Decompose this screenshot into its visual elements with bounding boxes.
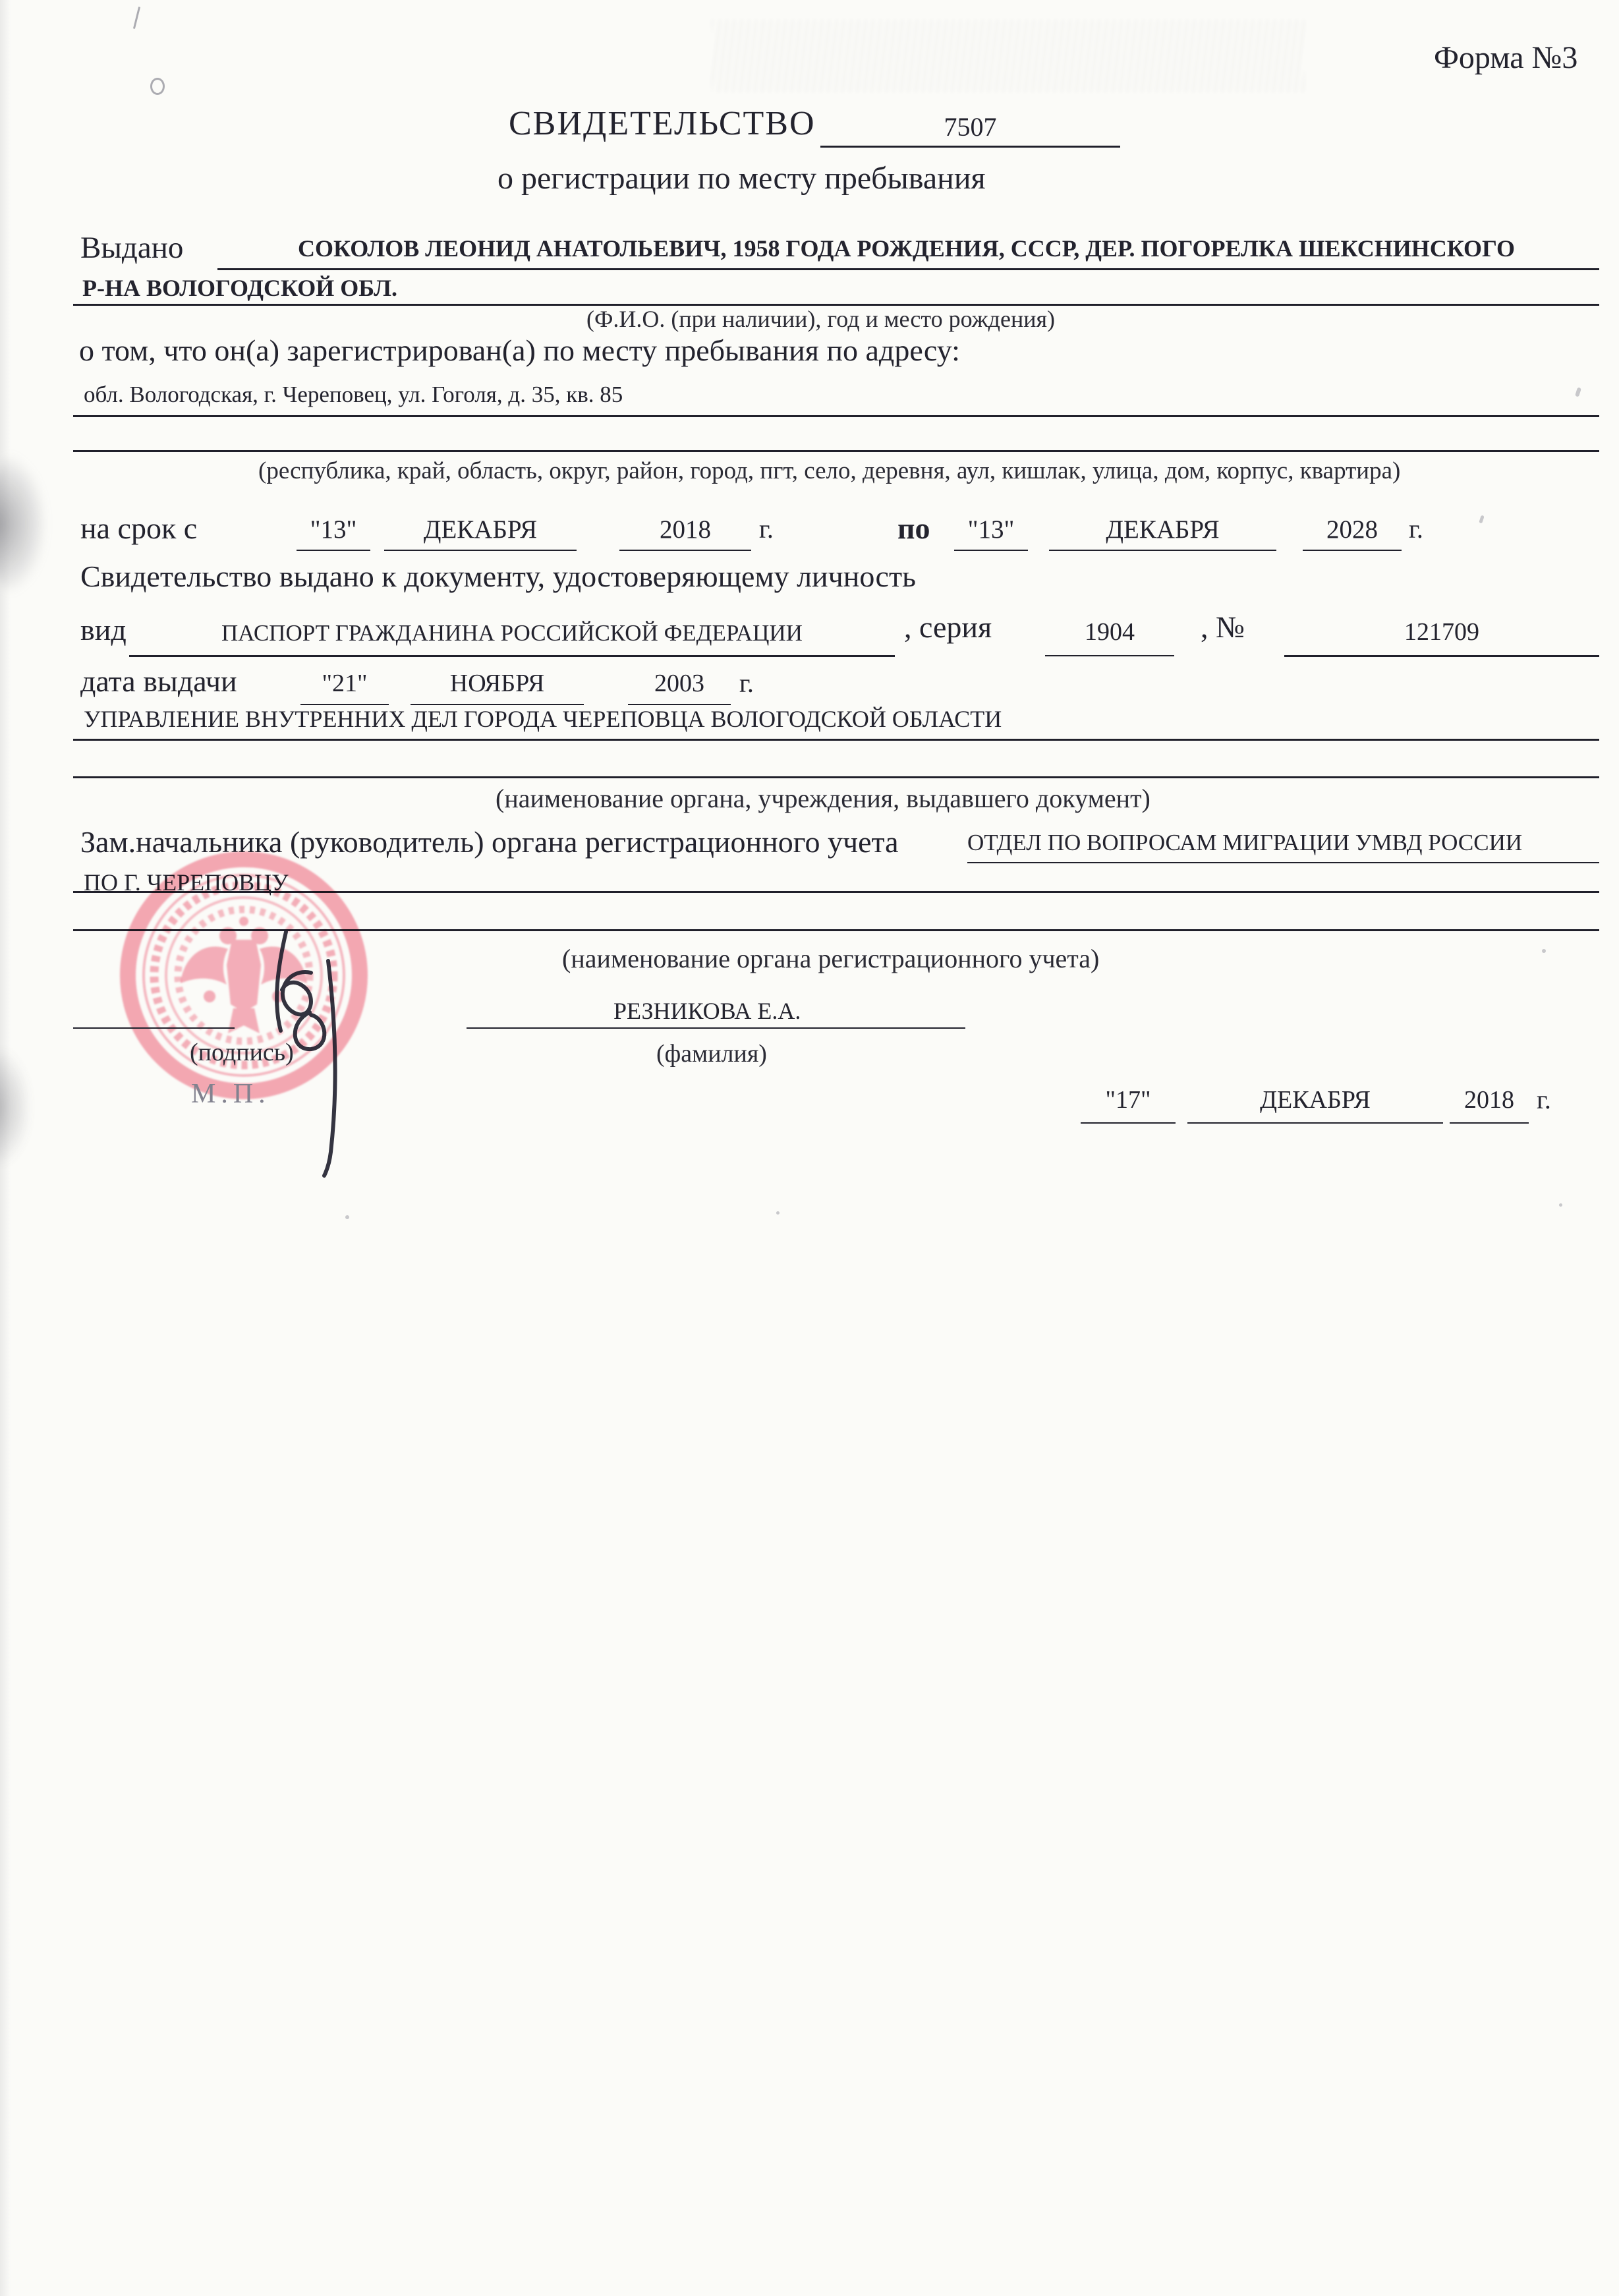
issued-label: Выдано bbox=[80, 230, 183, 266]
issue-date-month: ДЕКАБРЯ bbox=[1187, 1086, 1443, 1115]
address-caption: (республика, край, область, округ, район… bbox=[258, 457, 1400, 486]
scan-smudge bbox=[0, 455, 45, 593]
scan-speckle bbox=[1542, 949, 1546, 953]
doc-issue-month-rule bbox=[411, 704, 584, 705]
scan-smudge bbox=[0, 1048, 29, 1166]
doc-number-value: 121709 bbox=[1284, 618, 1599, 647]
issue-date-month-rule bbox=[1187, 1122, 1443, 1124]
doc-issue-day-rule bbox=[300, 704, 389, 705]
doc-series-value: 1904 bbox=[1045, 618, 1174, 647]
term-from-day-rule bbox=[297, 550, 370, 551]
doc-issue-year: 2003 bbox=[628, 670, 731, 699]
term-to-day-rule bbox=[954, 550, 1028, 551]
holder-name-line2: Р-НА ВОЛОГОДСКОЙ ОБЛ. bbox=[82, 275, 397, 302]
doc-issue-year-suffix: г. bbox=[739, 668, 754, 699]
document-page: Форма №3 СВИДЕТЕЛЬСТВО 7507 о регистраци… bbox=[0, 0, 1619, 2296]
term-from-month: ДЕКАБРЯ bbox=[384, 515, 577, 545]
term-to-year-rule bbox=[1303, 550, 1402, 551]
term-from-year: 2018 bbox=[619, 515, 751, 545]
term-to-year-suffix: г. bbox=[1409, 514, 1423, 544]
certificate-number: 7507 bbox=[820, 112, 1120, 142]
identity-intro: Свидетельство выдано к документу, удосто… bbox=[80, 560, 916, 594]
issue-date-year: 2018 bbox=[1450, 1086, 1529, 1115]
doc-kind-value: ПАСПОРТ ГРАЖДАНИНА РОССИЙСКОЙ ФЕДЕРАЦИИ bbox=[129, 620, 895, 646]
issue-date-year-rule bbox=[1450, 1122, 1529, 1124]
doc-issue-year-rule bbox=[628, 704, 731, 705]
term-to-day: "13" bbox=[954, 515, 1028, 545]
doc-issue-day: "21" bbox=[300, 670, 389, 699]
registration-intro: о том, что он(а) зарегистрирован(а) по м… bbox=[79, 333, 960, 368]
certificate-subtitle: о регистрации по месту пребывания bbox=[497, 160, 986, 196]
term-from-month-rule bbox=[384, 550, 577, 551]
doc-number-label: , № bbox=[1201, 610, 1245, 645]
scan-speckle bbox=[1575, 387, 1581, 397]
doc-issue-month: НОЯБРЯ bbox=[411, 670, 584, 699]
scan-mark bbox=[133, 7, 140, 29]
registrar-org-line1-rule bbox=[967, 862, 1599, 863]
term-to-month-rule bbox=[1049, 550, 1276, 551]
address-value: обл. Вологодская, г. Череповец, ул. Гого… bbox=[84, 382, 623, 408]
address-rule-2 bbox=[73, 450, 1599, 452]
term-to-year: 2028 bbox=[1303, 515, 1402, 545]
issuer-caption: (наименование органа, учреждения, выдавш… bbox=[496, 784, 1150, 814]
holder-name-line1: СОКОЛОВ ЛЕОНИД АНАТОЛЬЕВИЧ, 1958 ГОДА РО… bbox=[298, 235, 1515, 262]
scan-noise bbox=[712, 20, 1305, 92]
signature-caption: (подпись) bbox=[190, 1039, 294, 1068]
term-to-label: по bbox=[897, 511, 930, 546]
scan-speckle bbox=[1479, 515, 1484, 524]
doc-series-rule bbox=[1045, 655, 1174, 656]
registrar-org-line1: ОТДЕЛ ПО ВОПРОСАМ МИГРАЦИИ УМВД РОССИИ bbox=[967, 830, 1522, 856]
scan-speckle bbox=[345, 1215, 349, 1219]
seal-placeholder-label: М.П. bbox=[191, 1078, 271, 1110]
doc-issuer-rule bbox=[73, 739, 1599, 741]
surname-value: РЕЗНИКОВА Е.А. bbox=[613, 998, 801, 1025]
doc-kind-label: вид bbox=[80, 613, 127, 648]
address-rule bbox=[73, 415, 1599, 417]
term-from-day: "13" bbox=[297, 515, 370, 545]
doc-issuer-rule-2 bbox=[73, 776, 1599, 778]
doc-number-rule bbox=[1284, 655, 1599, 657]
surname-caption: (фамилия) bbox=[656, 1040, 767, 1069]
doc-kind-rule bbox=[129, 655, 895, 657]
term-from-year-rule bbox=[619, 550, 751, 551]
term-label: на срок с bbox=[80, 511, 197, 546]
holder-name-line1-rule bbox=[217, 268, 1599, 270]
doc-issuer-value: УПРАВЛЕНИЕ ВНУТРЕННИХ ДЕЛ ГОРОДА ЧЕРЕПОВ… bbox=[84, 706, 1002, 733]
surname-rule bbox=[467, 1027, 965, 1029]
term-to-month: ДЕКАБРЯ bbox=[1049, 515, 1276, 545]
scan-speckle bbox=[776, 1211, 780, 1215]
doc-series-label: , серия bbox=[904, 610, 992, 645]
scan-speckle bbox=[1559, 1203, 1562, 1207]
certificate-number-line bbox=[820, 146, 1120, 148]
term-from-year-suffix: г. bbox=[759, 514, 774, 544]
registrar-org-caption: (наименование органа регистрационного уч… bbox=[562, 944, 1099, 974]
certificate-title: СВИДЕТЕЛЬСТВО bbox=[509, 104, 816, 144]
issue-date-day-rule bbox=[1081, 1122, 1176, 1124]
doc-issue-date-label: дата выдачи bbox=[80, 664, 237, 699]
scan-mark bbox=[150, 78, 165, 95]
issue-date-day: "17" bbox=[1081, 1086, 1176, 1115]
form-number-label: Форма №3 bbox=[1434, 40, 1577, 76]
issue-date-year-suffix: г. bbox=[1537, 1085, 1551, 1115]
signature-rule bbox=[73, 1027, 235, 1029]
fio-caption: (Ф.И.О. (при наличии), год и место рожде… bbox=[586, 306, 1055, 333]
